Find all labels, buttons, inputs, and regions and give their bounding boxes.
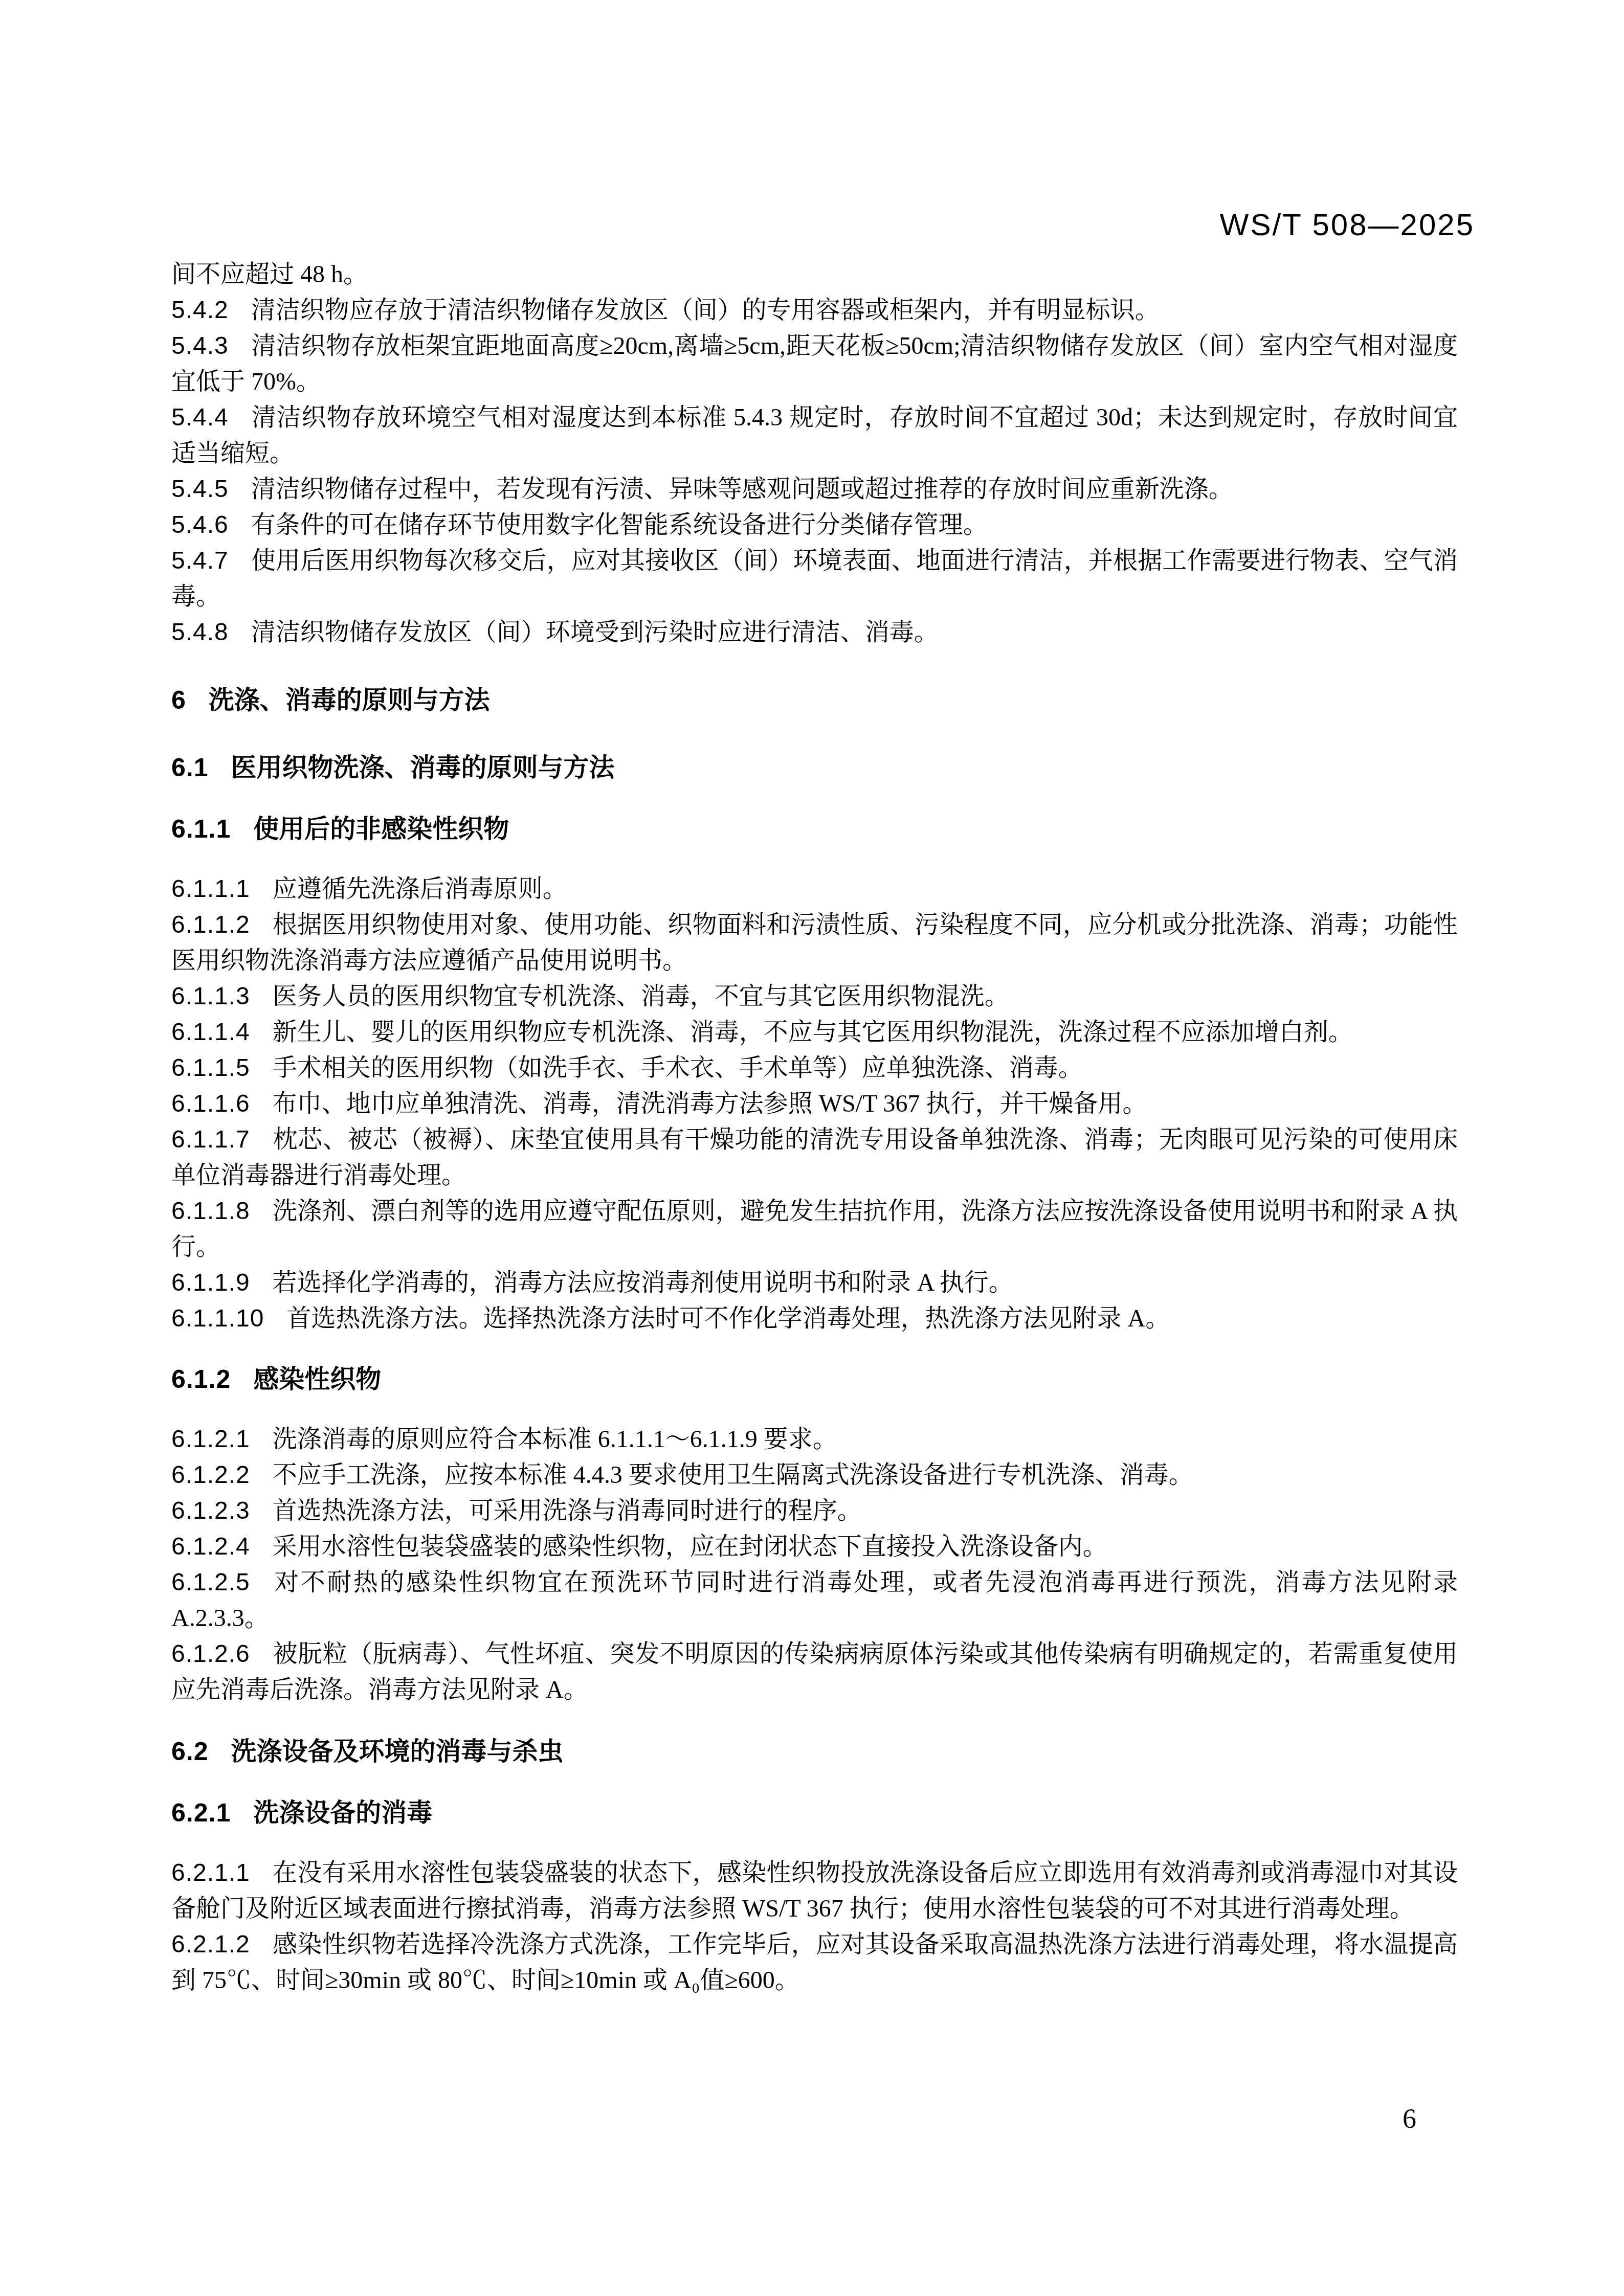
clause-paragraph: 5.4.7使用后医用织物每次移交后，应对其接收区（间）环境表面、地面进行清洁，并… xyxy=(171,543,1458,615)
clause-paragraph: 5.4.4清洁织物存放环境空气相对湿度达到本标准 5.4.3 规定时，存放时间不… xyxy=(171,400,1458,471)
clause-text: 不应手工洗涤，应按本标准 4.4.3 要求使用卫生隔离式洗涤设备进行专机洗涤、消… xyxy=(273,1461,1193,1489)
clause-number: 5.4.8 xyxy=(171,619,229,646)
clause-number: 6.1.1.7 xyxy=(171,1126,250,1153)
clause-number: 6.1.1 xyxy=(171,815,231,843)
clause-paragraph: 5.4.2清洁织物应存放于清洁织物储存发放区（间）的专用容器或柜架内，并有明显标… xyxy=(171,292,1458,328)
section-heading: 6.1.1使用后的非感染性织物 xyxy=(171,811,1458,847)
clause-number: 6.1.1.5 xyxy=(171,1054,250,1082)
clause-paragraph: 6.1.1.2根据医用织物使用对象、使用功能、织物面料和污渍性质、污染程度不同，… xyxy=(171,907,1458,979)
clause-text: 清洁织物应存放于清洁织物储存发放区（间）的专用容器或柜架内，并有明显标识。 xyxy=(251,297,1160,324)
section-heading: 6.1医用织物洗涤、消毒的原则与方法 xyxy=(171,750,1458,785)
section-heading: 6洗涤、消毒的原则与方法 xyxy=(171,682,1458,718)
clause-number: 6.2.1.2 xyxy=(171,1931,250,1958)
clause-paragraph: 6.1.1.1应遵循先洗涤后消毒原则。 xyxy=(171,871,1458,907)
clause-text: 对不耐热的感染性织物宜在预洗环节同时进行消毒处理，或者先浸泡消毒再进行预洗，消毒… xyxy=(171,1569,1458,1632)
clause-paragraph: 5.4.6有条件的可在储存环节使用数字化智能系统设备进行分类储存管理。 xyxy=(171,507,1458,543)
clause-number: 6.1.2 xyxy=(171,1365,231,1393)
clause-text: 若选择化学消毒的，消毒方法应按消毒剂使用说明书和附录 A 执行。 xyxy=(273,1269,1013,1296)
clause-text: 洗涤设备及环境的消毒与杀虫 xyxy=(231,1737,564,1766)
clause-text: 手术相关的医用织物（如洗手衣、手术衣、手术单等）应单独洗涤、消毒。 xyxy=(273,1054,1083,1082)
clause-text: 根据医用织物使用对象、使用功能、织物面料和污渍性质、污染程度不同，应分机或分批洗… xyxy=(171,911,1458,974)
clause-number: 6.1.1.9 xyxy=(171,1269,250,1296)
clause-text: 洗涤设备的消毒 xyxy=(253,1798,432,1827)
clause-text: 采用水溶性包装袋盛装的感染性织物，应在封闭状态下直接投入洗涤设备内。 xyxy=(273,1533,1107,1560)
clause-number: 6.1.2.3 xyxy=(171,1497,250,1524)
clause-text: 清洁织物存放环境空气相对湿度达到本标准 5.4.3 规定时，存放时间不宜超过 3… xyxy=(171,404,1458,467)
clause-paragraph: 6.1.2.6被朊粒（朊病毒）、气性坏疽、突发不明原因的传染病病原体污染或其他传… xyxy=(171,1636,1458,1708)
clause-text: 使用后医用织物每次移交后，应对其接收区（间）环境表面、地面进行清洁，并根据工作需… xyxy=(171,547,1458,610)
clause-text: 医用织物洗涤、消毒的原则与方法 xyxy=(231,753,615,782)
clause-number: 6.1.1.3 xyxy=(171,983,250,1010)
clause-text: 医务人员的医用织物宜专机洗涤、消毒，不宜与其它医用织物混洗。 xyxy=(273,983,1009,1010)
clause-text: 清洁织物储存过程中，若发现有污渍、异味等感观问题或超过推荐的存放时间应重新洗涤。 xyxy=(251,476,1233,503)
clause-paragraph: 6.1.1.9若选择化学消毒的，消毒方法应按消毒剂使用说明书和附录 A 执行。 xyxy=(171,1265,1458,1301)
clause-paragraph: 6.1.2.1洗涤消毒的原则应符合本标准 6.1.1.1～6.1.1.9 要求。 xyxy=(171,1422,1458,1457)
clause-number: 6.1 xyxy=(171,753,209,782)
clause-number: 6.1.1.10 xyxy=(171,1305,264,1332)
clause-paragraph: 6.1.1.6布巾、地巾应单独清洗、消毒，清洗消毒方法参照 WS/T 367 执… xyxy=(171,1086,1458,1122)
clause-paragraph: 6.1.2.3首选热洗涤方法，可采用洗涤与消毒同时进行的程序。 xyxy=(171,1493,1458,1529)
clause-number: 6.1.2.6 xyxy=(171,1640,250,1668)
clause-paragraph: 6.1.1.7枕芯、被芯（被褥）、床垫宜使用具有干燥功能的清洗专用设备单独洗涤、… xyxy=(171,1122,1458,1194)
clause-paragraph: 间不应超过 48 h。 xyxy=(171,257,1458,292)
clause-number: 6.1.2.1 xyxy=(171,1426,250,1453)
clause-paragraph: 5.4.3清洁织物存放柜架宜距地面高度≥20cm,离墙≥5cm,距天花板≥50c… xyxy=(171,328,1458,400)
clause-text: 洗涤剂、漂白剂等的选用应遵守配伍原则，避免发生拮抗作用，洗涤方法应按洗涤设备使用… xyxy=(171,1198,1458,1260)
clause-number: 6.2 xyxy=(171,1737,209,1766)
clause-text: 洗涤、消毒的原则与方法 xyxy=(209,686,490,714)
clause-number: 6.1.1.6 xyxy=(171,1090,250,1117)
clause-number: 5.4.2 xyxy=(171,297,229,324)
clause-text: 清洁织物存放柜架宜距地面高度≥20cm,离墙≥5cm,距天花板≥50cm;清洁织… xyxy=(171,332,1458,395)
clause-number: 6.1.1.2 xyxy=(171,911,250,938)
clause-number: 6.2.1.1 xyxy=(171,1859,250,1886)
clause-paragraph: 6.1.1.5手术相关的医用织物（如洗手衣、手术衣、手术单等）应单独洗涤、消毒。 xyxy=(171,1050,1458,1086)
clause-number: 5.4.5 xyxy=(171,476,229,503)
clause-paragraph: 6.1.1.8洗涤剂、漂白剂等的选用应遵守配伍原则，避免发生拮抗作用，洗涤方法应… xyxy=(171,1194,1458,1265)
clause-number: 5.4.6 xyxy=(171,511,229,538)
clause-text: 使用后的非感染性织物 xyxy=(253,815,509,843)
clause-paragraph: 5.4.8清洁织物储存发放区（间）环境受到污染时应进行清洁、消毒。 xyxy=(171,615,1458,650)
clause-text: 洗涤消毒的原则应符合本标准 6.1.1.1～6.1.1.9 要求。 xyxy=(273,1426,837,1453)
clause-number: 5.4.3 xyxy=(171,332,229,359)
clause-paragraph: 6.1.2.4采用水溶性包装袋盛装的感染性织物，应在封闭状态下直接投入洗涤设备内… xyxy=(171,1529,1458,1565)
clause-text: 首选热洗涤方法，可采用洗涤与消毒同时进行的程序。 xyxy=(273,1497,862,1524)
clause-paragraph: 6.1.1.10首选热洗涤方法。选择热洗涤方法时可不作化学消毒处理，热洗涤方法见… xyxy=(171,1301,1458,1337)
clause-number: 6.1.1.4 xyxy=(171,1019,250,1046)
clause-number: 6.1.2.5 xyxy=(171,1569,250,1596)
clause-number: 6.2.1 xyxy=(171,1798,231,1827)
document-code: WS/T 508—2025 xyxy=(1220,207,1475,242)
clause-paragraph: 5.4.5清洁织物储存过程中，若发现有污渍、异味等感观问题或超过推荐的存放时间应… xyxy=(171,471,1458,507)
clause-paragraph: 6.1.1.3医务人员的医用织物宜专机洗涤、消毒，不宜与其它医用织物混洗。 xyxy=(171,979,1458,1015)
clause-text: 感染性织物 xyxy=(253,1365,381,1393)
clause-text: 有条件的可在储存环节使用数字化智能系统设备进行分类储存管理。 xyxy=(251,511,988,538)
clause-number: 6.1.1.8 xyxy=(171,1198,250,1225)
clause-text: 在没有采用水溶性包装袋盛装的状态下，感染性织物投放洗涤设备后应立即选用有效消毒剂… xyxy=(171,1859,1458,1922)
clause-text: 清洁织物储存发放区（间）环境受到污染时应进行清洁、消毒。 xyxy=(251,619,939,646)
clause-paragraph: 6.2.1.1在没有采用水溶性包装袋盛装的状态下，感染性织物投放洗涤设备后应立即… xyxy=(171,1855,1458,1927)
clause-paragraph: 6.2.1.2感染性织物若选择冷洗涤方式洗涤，工作完毕后，应对其设备采取高温热洗… xyxy=(171,1927,1458,1998)
clause-paragraph: 6.1.2.5对不耐热的感染性织物宜在预洗环节同时进行消毒处理，或者先浸泡消毒再… xyxy=(171,1565,1458,1636)
section-heading: 6.2.1洗涤设备的消毒 xyxy=(171,1795,1458,1831)
clause-number: 6.1.1.1 xyxy=(171,875,250,903)
clause-text: 新生儿、婴儿的医用织物应专机洗涤、消毒，不应与其它医用织物混洗，洗涤过程不应添加… xyxy=(273,1019,1353,1046)
section-heading: 6.1.2感染性织物 xyxy=(171,1361,1458,1397)
clause-text: 感染性织物若选择冷洗涤方式洗涤，工作完毕后，应对其设备采取高温热洗涤方法进行消毒… xyxy=(171,1931,1458,1994)
clause-text: 间不应超过 48 h。 xyxy=(171,261,368,288)
section-heading: 6.2洗涤设备及环境的消毒与杀虫 xyxy=(171,1734,1458,1769)
clause-paragraph: 6.1.1.4新生儿、婴儿的医用织物应专机洗涤、消毒，不应与其它医用织物混洗，洗… xyxy=(171,1015,1458,1050)
clause-number: 6.1.2.2 xyxy=(171,1461,250,1489)
clause-text: 被朊粒（朊病毒）、气性坏疽、突发不明原因的传染病病原体污染或其他传染病有明确规定… xyxy=(171,1640,1458,1703)
clause-text: 首选热洗涤方法。选择热洗涤方法时可不作化学消毒处理，热洗涤方法见附录 A。 xyxy=(286,1305,1170,1332)
clause-number: 5.4.4 xyxy=(171,404,229,431)
clause-text: 枕芯、被芯（被褥）、床垫宜使用具有干燥功能的清洗专用设备单独洗涤、消毒；无肉眼可… xyxy=(171,1126,1458,1189)
document-body: 间不应超过 48 h。5.4.2清洁织物应存放于清洁织物储存发放区（间）的专用容… xyxy=(171,257,1458,1998)
clause-paragraph: 6.1.2.2不应手工洗涤，应按本标准 4.4.3 要求使用卫生隔离式洗涤设备进… xyxy=(171,1457,1458,1493)
clause-number: 6.1.2.4 xyxy=(171,1533,250,1560)
clause-text: 应遵循先洗涤后消毒原则。 xyxy=(273,875,567,903)
page-number: 6 xyxy=(1403,2103,1416,2134)
clause-number: 6 xyxy=(171,686,186,714)
clause-number: 5.4.7 xyxy=(171,547,229,574)
clause-text: 布巾、地巾应单独清洗、消毒，清洗消毒方法参照 WS/T 367 执行，并干燥备用… xyxy=(273,1090,1147,1117)
